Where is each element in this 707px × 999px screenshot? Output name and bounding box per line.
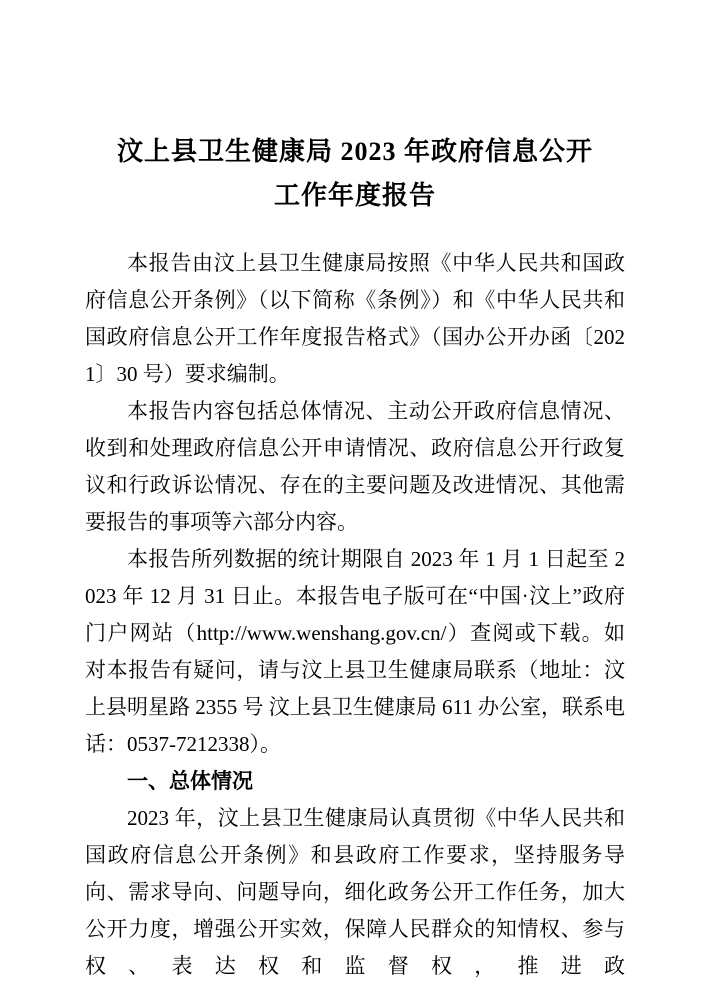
document-page: 汶上县卫生健康局 2023 年政府信息公开 工作年度报告 本报告由汶上县卫生健康…	[0, 0, 707, 999]
section-heading-overview: 一、总体情况	[85, 763, 625, 800]
intro-paragraph-3: 本报告所列数据的统计期限自 2023 年 1 月 1 日起至 2023 年 12…	[85, 541, 625, 763]
intro-paragraph-1: 本报告由汶上县卫生健康局按照《中华人民共和国政府信息公开条例》（以下简称《条例》…	[85, 245, 625, 393]
document-title: 汶上县卫生健康局 2023 年政府信息公开 工作年度报告	[85, 130, 625, 218]
intro-paragraph-2: 本报告内容包括总体情况、主动公开政府信息情况、收到和处理政府信息公开申请情况、政…	[85, 393, 625, 541]
document-title-line-2: 工作年度报告	[85, 174, 625, 218]
section-1-paragraph: 2023 年，汶上县卫生健康局认真贯彻《中华人民共和国政府信息公开条例》和县政府…	[85, 800, 625, 985]
document-title-line-1: 汶上县卫生健康局 2023 年政府信息公开	[85, 130, 625, 174]
